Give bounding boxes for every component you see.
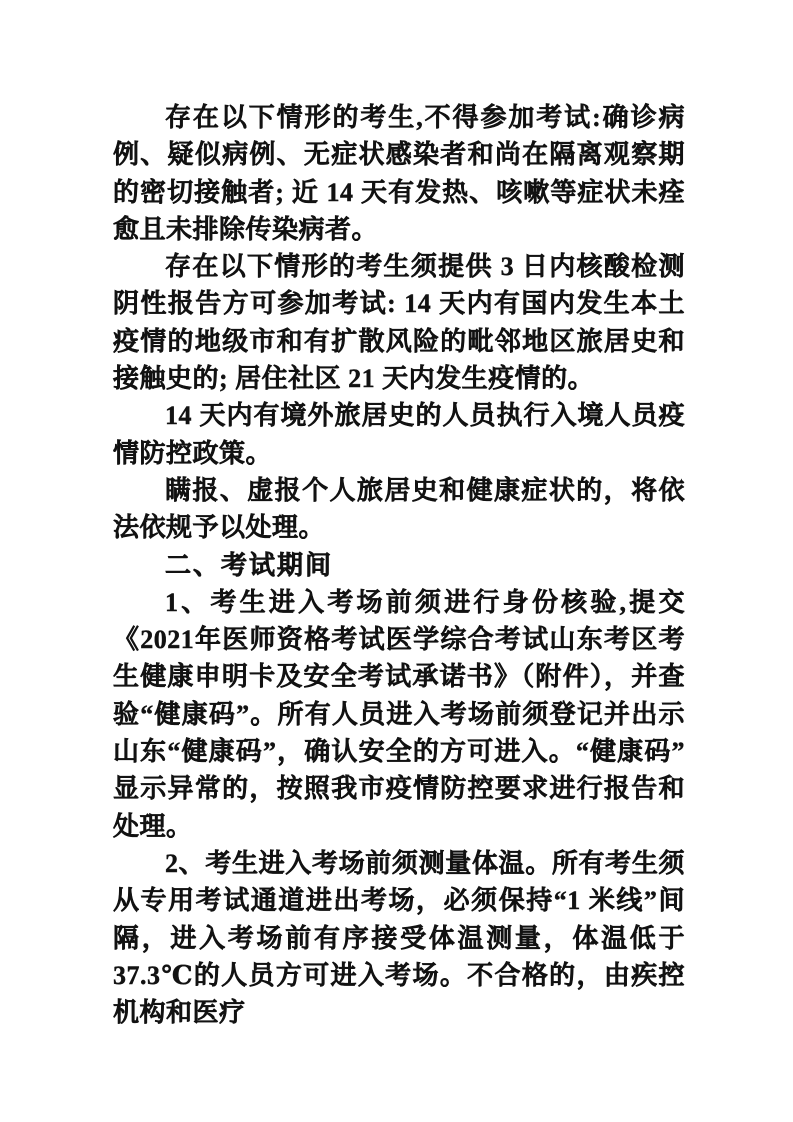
section-heading: 二、考试期间	[113, 547, 685, 584]
document-body: 存在以下情形的考生,不得参加考试:确诊病例、疑似病例、无症状感染者和尚在隔离观察…	[113, 99, 685, 1031]
paragraph: 存在以下情形的考生,不得参加考试:确诊病例、疑似病例、无症状感染者和尚在隔离观察…	[113, 99, 685, 248]
paragraph: 2、考生进入考场前须测量体温。所有考生须从专用考试通道进出考场，必须保持“1 米…	[113, 845, 685, 1031]
paragraph: 14 天内有境外旅居史的人员执行入境人员疫情防控政策。	[113, 397, 685, 472]
paragraph: 1、考生进入考场前须进行身份核验,提交《2021年医师资格考试医学综合考试山东考…	[113, 584, 685, 845]
document-page: 存在以下情形的考生,不得参加考试:确诊病例、疑似病例、无症状感染者和尚在隔离观察…	[0, 0, 793, 1122]
paragraph: 存在以下情形的考生须提供 3 日内核酸检测阴性报告方可参加考试: 14 天内有国…	[113, 248, 685, 397]
paragraph: 瞒报、虚报个人旅居史和健康症状的，将依法依规予以处理。	[113, 472, 685, 547]
